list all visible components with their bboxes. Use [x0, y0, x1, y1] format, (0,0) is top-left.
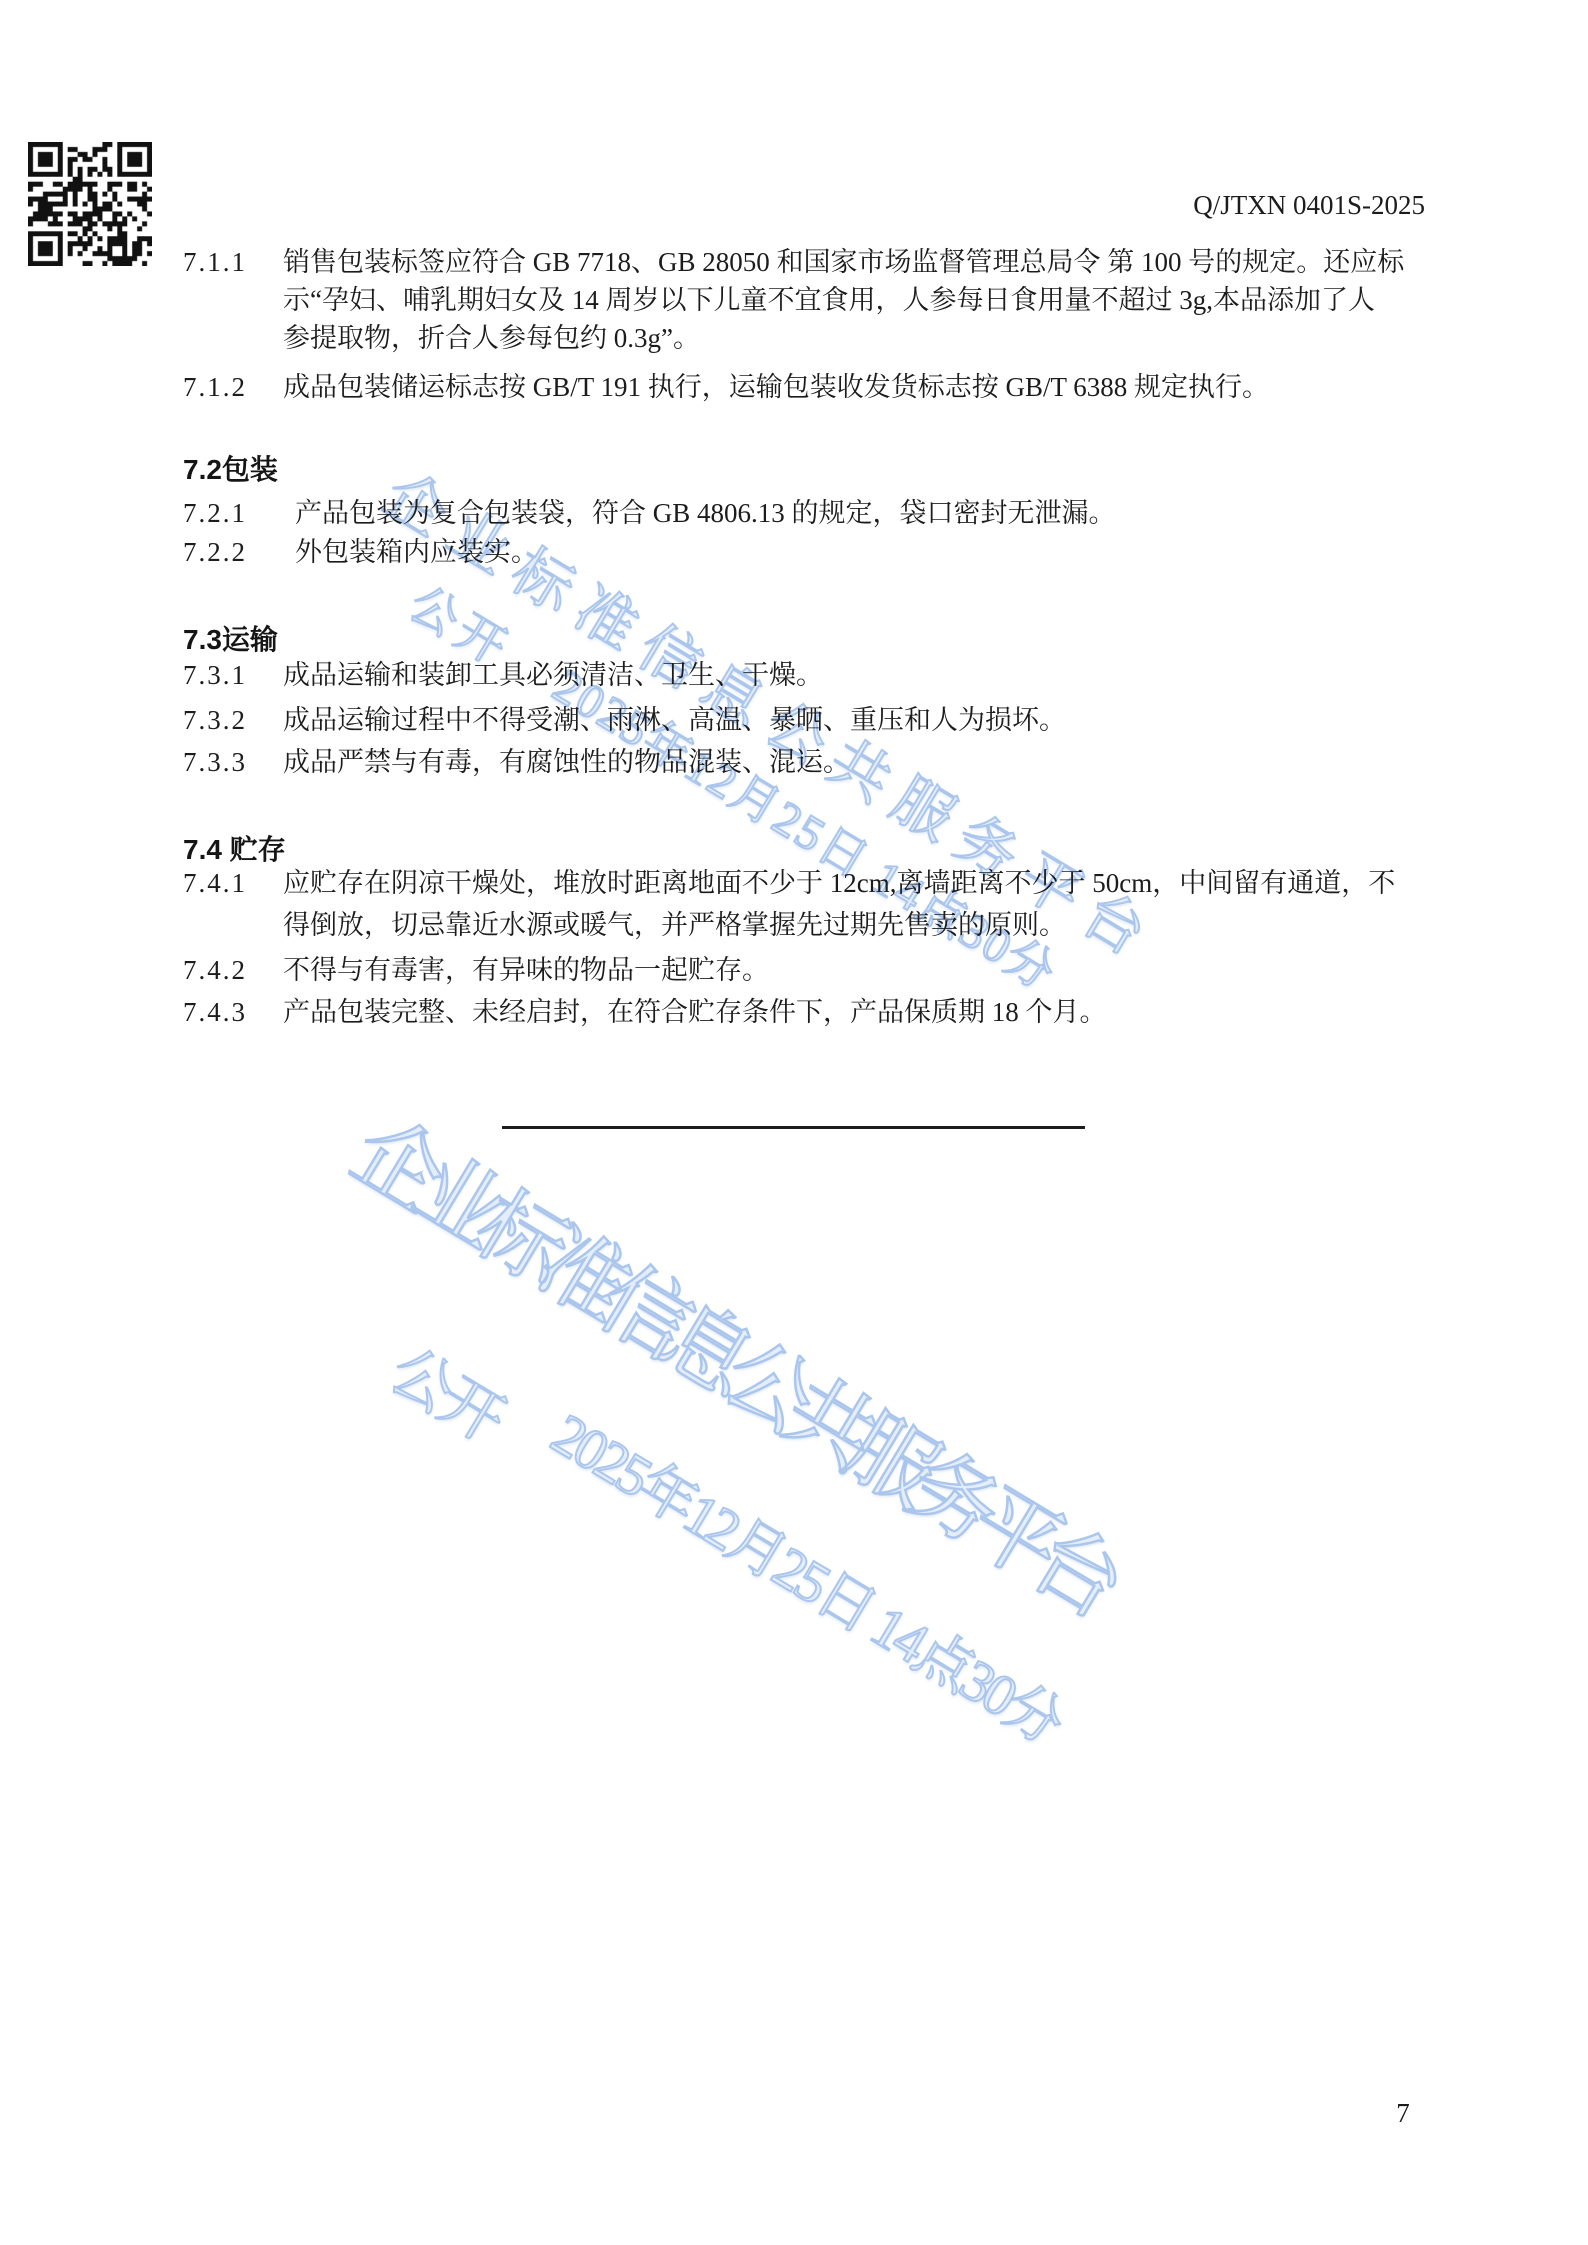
section-heading-transport: 7.3运输 [183, 618, 278, 658]
clause-number: 7.1.1 [183, 245, 247, 279]
clause-number: 7.4.2 [183, 953, 247, 987]
watermark-public-label-lower: 公开 [376, 1322, 521, 1458]
watermark-timestamp-upper: 2025年12月25日 14点30分 [542, 648, 1071, 1004]
clause-text: 外包装箱内应装实。 [295, 535, 538, 569]
page-number: 7 [1383, 2098, 1423, 2129]
clause-text: 产品包装完整、未经启封，在符合贮存条件下，产品保质期 18 个月。 [283, 995, 1107, 1029]
clause-number: 7.2.1 [183, 496, 247, 530]
clause-text: 产品包装为复合包装袋，符合 GB 4806.13 的规定，袋口密封无泄漏。 [295, 496, 1116, 530]
clause-text: 成品运输和装卸工具必须清洁、卫生、干燥。 [283, 658, 823, 692]
watermark-platform-text-lower: 企业标准信息公共服务平台 [333, 1082, 1139, 1635]
clause-text: 成品包装储运标志按 GB/T 191 执行，运输包装收发货标志按 GB/T 63… [283, 370, 1269, 404]
qr-code-icon [28, 142, 152, 266]
watermark-timestamp-lower: 2025年12月25日 14点30分 [539, 1388, 1080, 1759]
end-of-document-divider [502, 1126, 1085, 1129]
clause-text: 应贮存在阴凉干燥处，堆放时距离地面不少于 12cm,离墙距离不少于 50cm，中… [283, 866, 1395, 900]
clause-number: 7.4.1 [183, 866, 247, 900]
standard-document-page: 企业标准信息公共服务平台 公开 2025年12月25日 14点30分 企业标准信… [0, 0, 1588, 2245]
clause-text: 示“孕妇、哺乳期妇女及 14 周岁以下儿童不宜食用，人参每日食用量不超过 3g,… [283, 283, 1375, 317]
clause-text: 得倒放，切忌靠近水源或暖气，并严格掌握先过期先售卖的原则。 [283, 908, 1066, 942]
clause-text: 销售包装标签应符合 GB 7718、GB 28050 和国家市场监督管理总局令 … [283, 245, 1404, 279]
clause-number: 7.3.2 [183, 703, 247, 737]
doc-number: Q/JTXN 0401S-2025 [1080, 190, 1425, 221]
clause-text: 不得与有毒害，有异味的物品一起贮存。 [283, 953, 769, 987]
clause-number: 7.2.2 [183, 535, 247, 569]
clause-text: 参提取物，折合人参每包约 0.3g”。 [283, 321, 700, 355]
clause-text: 成品运输过程中不得受潮、雨淋、高温、暴晒、重压和人为损坏。 [283, 703, 1066, 737]
section-heading-storage: 7.4 贮存 [183, 828, 286, 868]
clause-number: 7.1.2 [183, 370, 247, 404]
section-heading-packaging: 7.2包装 [183, 448, 278, 488]
clause-number: 7.3.3 [183, 745, 247, 779]
clause-number: 7.3.1 [183, 658, 247, 692]
clause-text: 成品严禁与有毒，有腐蚀性的物品混装、混运。 [283, 745, 850, 779]
clause-number: 7.4.3 [183, 995, 247, 1029]
